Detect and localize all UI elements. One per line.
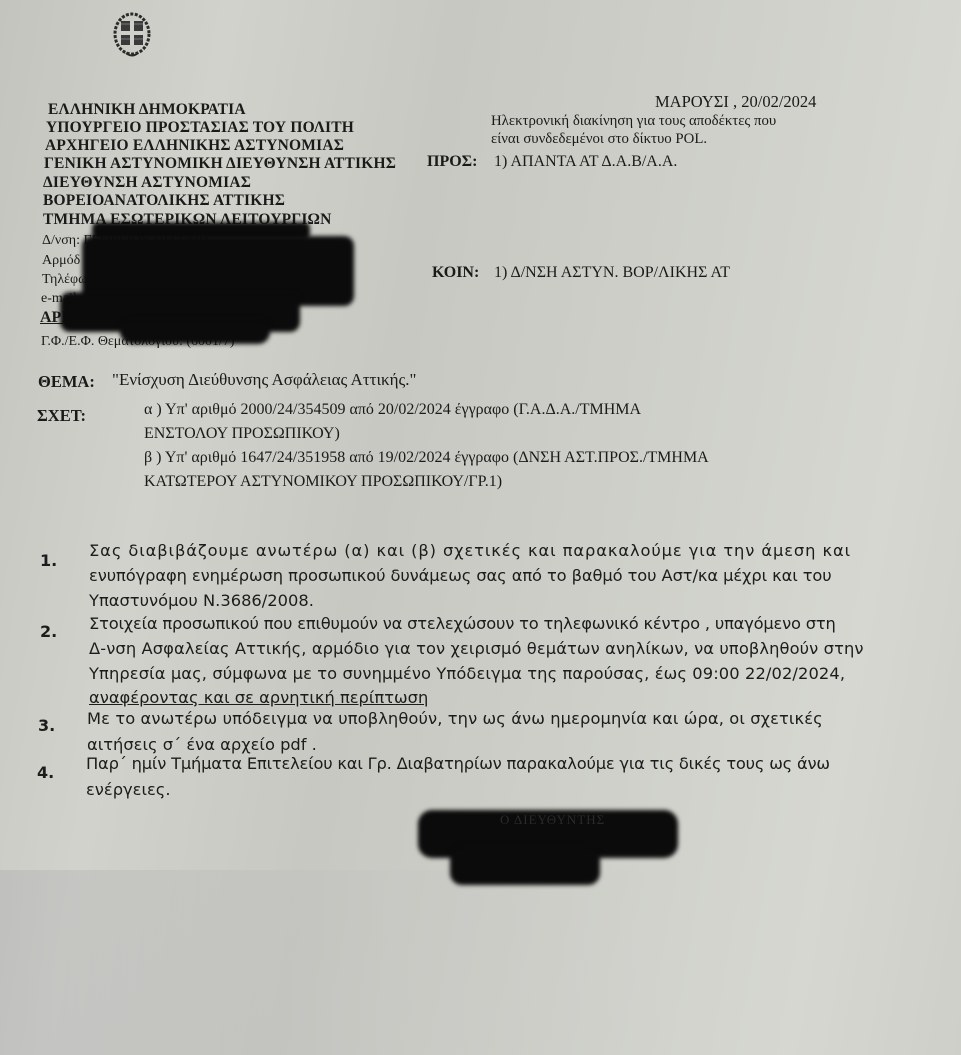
reference-line: α ) Υπ' αριθμό 2000/24/354509 από 20/02/…	[144, 401, 641, 419]
paper-shadow	[0, 870, 961, 1055]
subject-label: ΘΕΜΑ:	[38, 372, 95, 392]
paragraph-line: Υπαστυνόμου Ν.3686/2008.	[89, 588, 314, 613]
reference-line: ΚΑΤΩΤΕΡΟΥ ΑΣΤΥΝΟΜΙΚΟΥ ΠΡΟΣΩΠΙΚΟΥ/ΓΡ.1)	[144, 473, 502, 491]
paragraph-number: 1.	[40, 551, 57, 570]
to-label: ΠΡΟΣ:	[427, 153, 477, 171]
header-line-ministry: ΥΠΟΥΡΓΕΙΟ ΠΡΟΣΤΑΣΙΑΣ ΤΟΥ ΠΟΛΙΤΗ	[46, 119, 354, 137]
header-line-hq: ΑΡΧΗΓΕΙΟ ΕΛΛΗΝΙΚΗΣ ΑΣΤΥΝΟΜΙΑΣ	[45, 137, 344, 155]
paragraph-line: ενέργειες.	[86, 777, 171, 802]
greek-coat-of-arms-icon	[112, 12, 152, 60]
subject-value: "Ενίσχυση Διεύθυνσης Ασφάλειας Αττικής."	[112, 370, 416, 390]
signature-title: Ο ΔΙΕΥΘΥΝΤΗΣ	[500, 812, 605, 828]
paragraph-line: Υπηρεσία μας, σύμφωνα με το συνημμένο Υπ…	[89, 661, 845, 686]
to-value: 1) ΑΠΑΝΤΑ ΑΤ Δ.Α.Β/Α.Α.	[494, 153, 677, 171]
header-line-republic: ΕΛΛΗΝΙΚΗ ΔΗΜΟΚΡΑΤΙΑ	[48, 101, 246, 119]
paragraph-line: Παρ΄ ημίν Τμήματα Επιτελείου και Γρ. Δια…	[86, 751, 830, 776]
paragraph-number: 3.	[38, 716, 55, 735]
paragraph-number: 4.	[37, 763, 54, 782]
paragraph-line: Σας διαβιβάζουμε ανωτέρω (α) και (β) σχε…	[89, 538, 851, 563]
distribution-note-line-2: είναι συνδεδεμένοι στο δίκτυο POL.	[491, 131, 707, 148]
reference-line: ΕΝΣΤΟΛΟΥ ΠΡΟΣΩΠΙΚΟΥ)	[144, 425, 340, 443]
redaction-signature	[450, 845, 600, 885]
place-date: ΜΑΡΟΥΣΙ , 20/02/2024	[655, 92, 816, 112]
paragraph-number: 2.	[40, 622, 57, 641]
header-line-region: ΒΟΡΕΙΟΑΝΑΤΟΛΙΚΗΣ ΑΤΤΙΚΗΣ	[43, 192, 285, 210]
cc-value: 1) Δ/ΝΣΗ ΑΣΤΥΝ. ΒΟΡ/ΛΙΚΗΣ ΑΤ	[494, 264, 730, 282]
cc-label: ΚΟΙΝ:	[432, 264, 479, 282]
paragraph-line: ενυπόγραφη ενημέρωση προσωπικού δυνάμεως…	[89, 563, 832, 588]
header-line-directorate: ΔΙΕΥΘΥΝΣΗ ΑΣΤΥΝΟΜΙΑΣ	[43, 174, 251, 192]
header-line-general-directorate: ΓΕΝΙΚΗ ΑΣΤΥΝΟΜΙΚΗ ΔΙΕΥΘΥΝΣΗ ΑΤΤΙΚΗΣ	[44, 155, 396, 173]
paragraph-line: Με το ανωτέρω υπόδειγμα να υποβληθούν, τ…	[87, 706, 823, 731]
reference-label: ΣΧΕΤ:	[37, 406, 86, 426]
paragraph-line: Στοιχεία προσωπικού που επιθυμούν να στε…	[89, 611, 836, 636]
reference-line: β ) Υπ' αριθμό 1647/24/351958 από 19/02/…	[144, 449, 709, 467]
distribution-note-line-1: Ηλεκτρονική διακίνηση για τους αποδέκτες…	[491, 113, 776, 130]
redaction-contact-block	[120, 318, 270, 344]
paragraph-line: Δ-νση Ασφαλείας Αττικής, αρμόδιο για τον…	[89, 636, 864, 661]
contact-responsible: Αρμόδ	[42, 253, 80, 269]
